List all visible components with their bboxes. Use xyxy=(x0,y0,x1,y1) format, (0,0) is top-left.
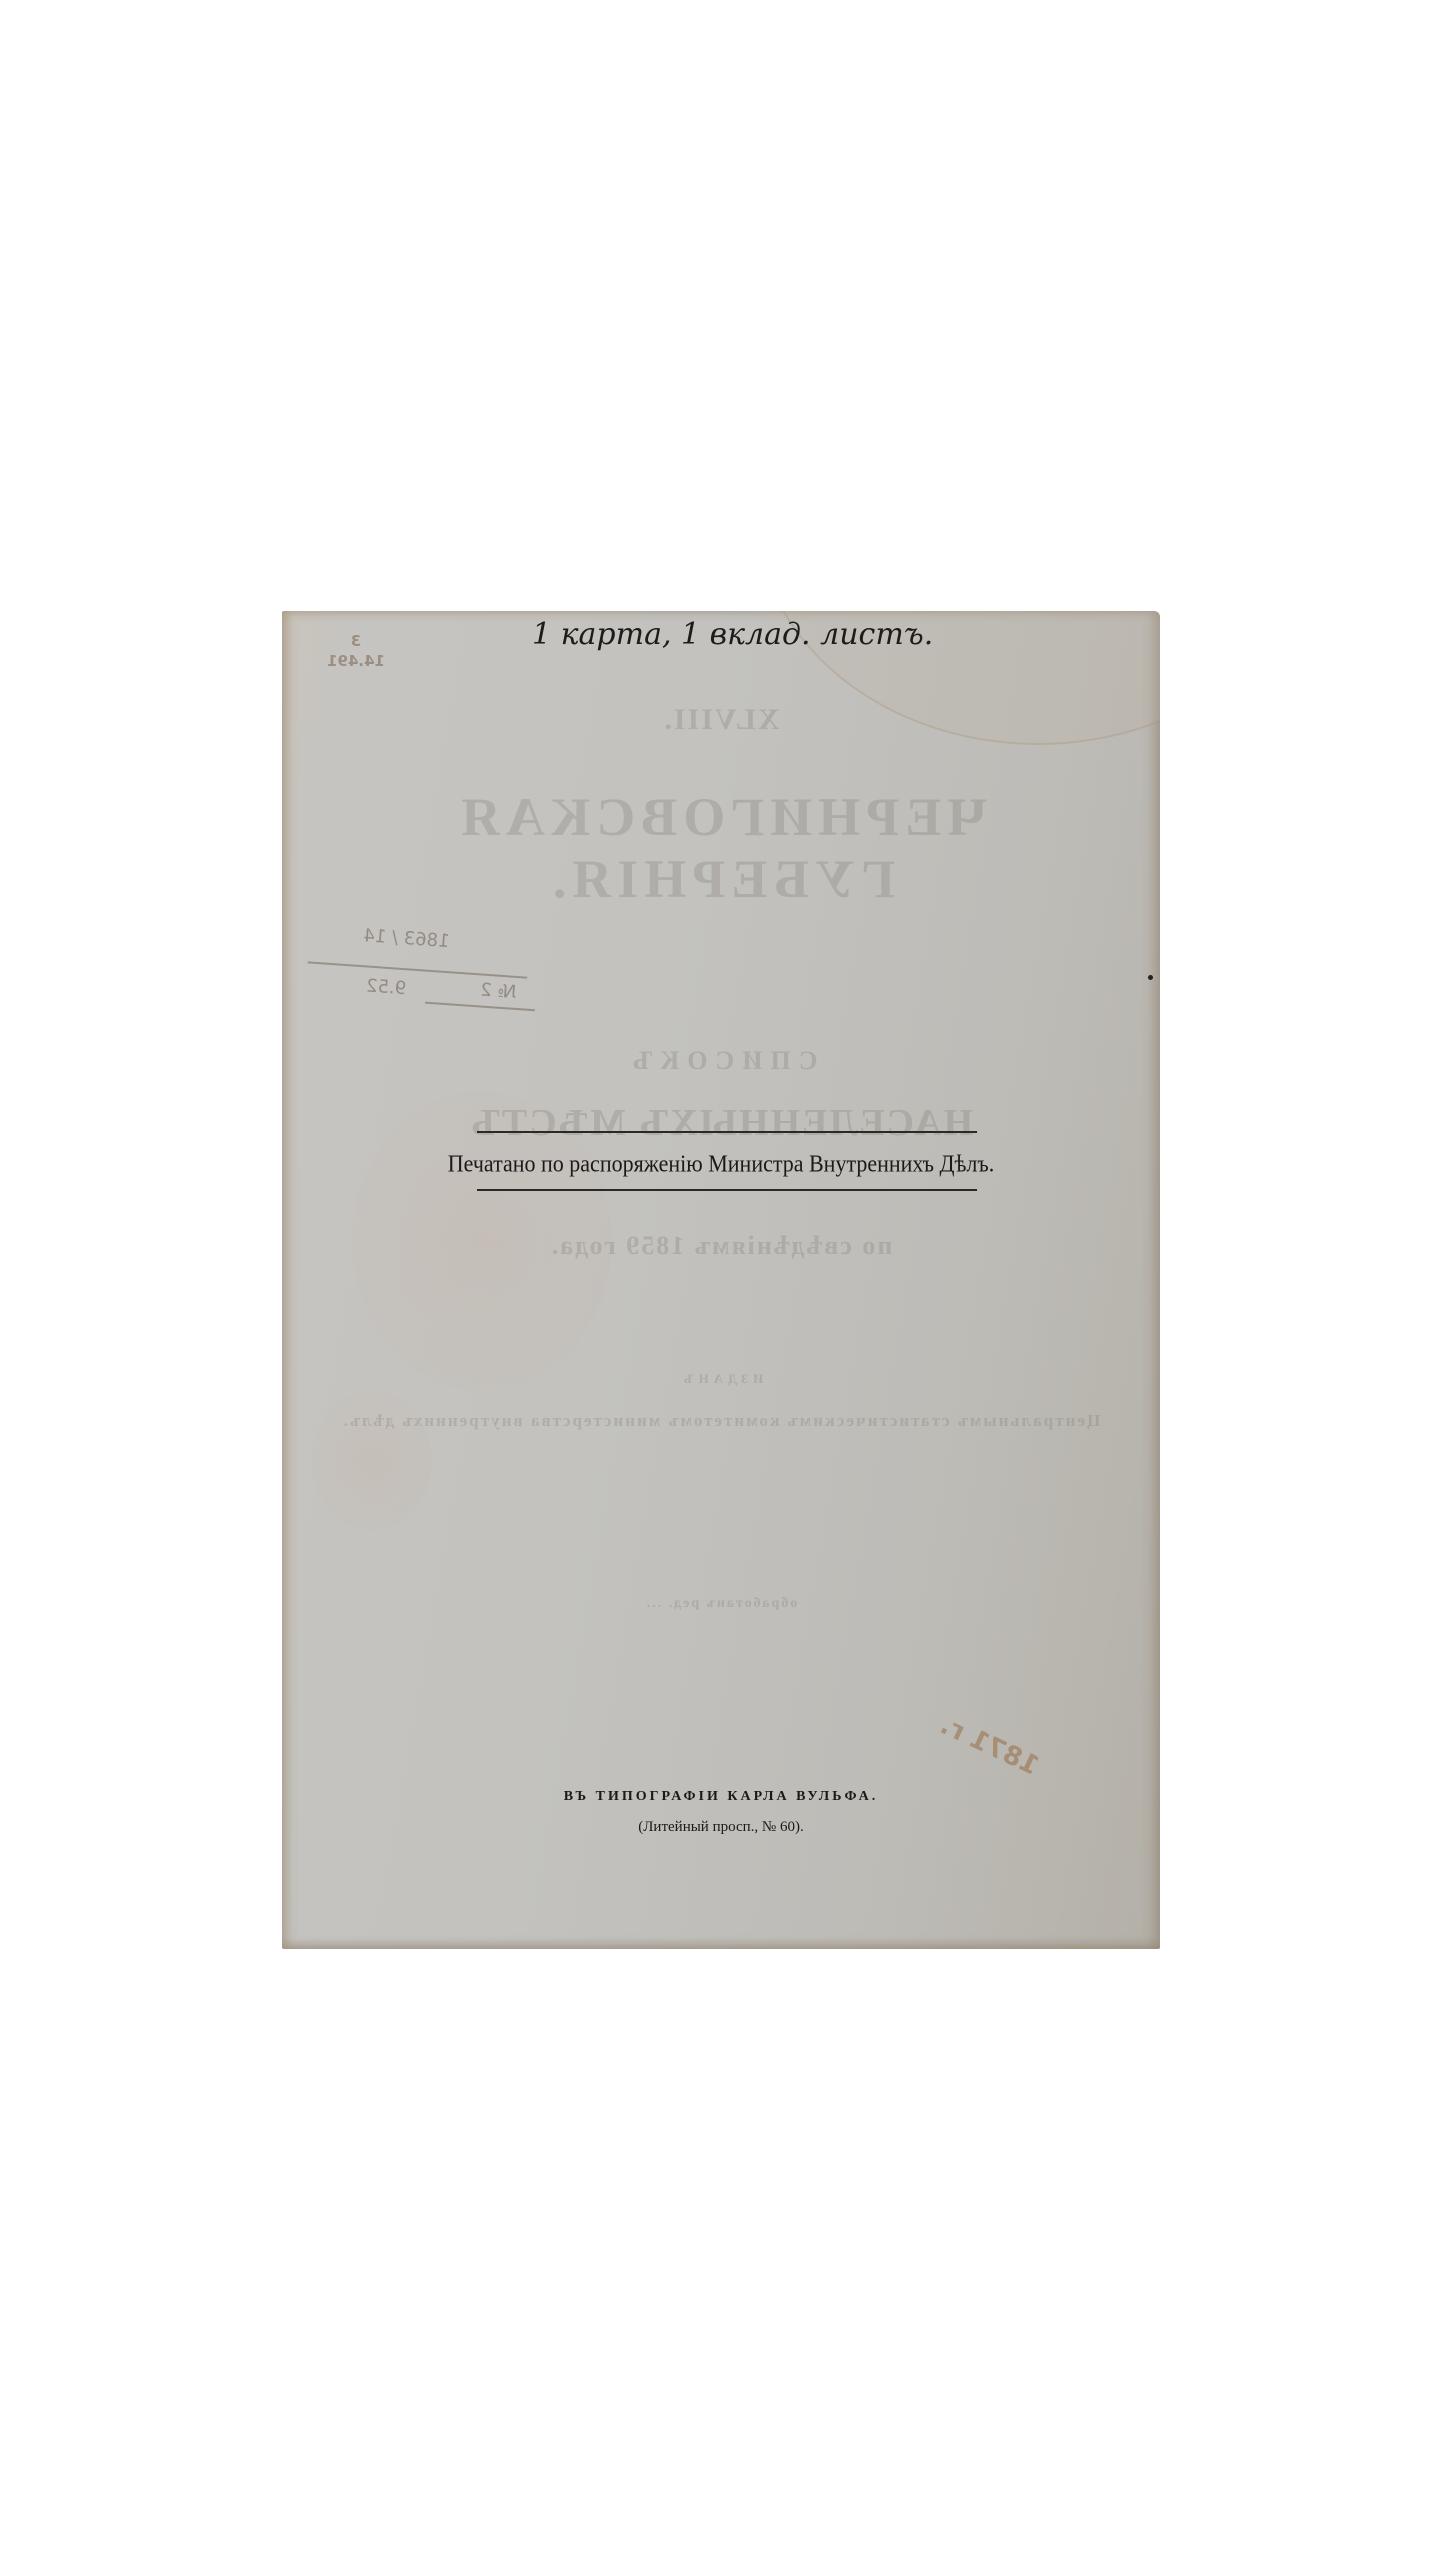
imprint-address: (Литейный просп., № 60). xyxy=(282,1819,1160,1836)
stamp-bleed-right: 1871 г. xyxy=(936,1710,1044,1782)
speck xyxy=(1148,975,1153,980)
ghost-subtitle2: НАСЕЛЕННЫХЪ МѢСТЪ xyxy=(282,1101,1160,1145)
ghost-publisher-label: ИЗДАНЪ xyxy=(282,1371,1160,1387)
bottom-rule xyxy=(477,1189,977,1191)
handwritten-note: 1 карта, 1 вклад. листъ. xyxy=(532,617,933,652)
library-stamp-bleed: 1863 / 14 № 2 9.52 xyxy=(293,913,540,1039)
ghost-subtitle1: СПИСОКЪ xyxy=(282,1046,1160,1076)
ghost-title: ЧЕРНИГОВСКАЯ ГУБЕРНІЯ. xyxy=(282,786,1160,910)
document-page: 3 14.491 1 карта, 1 вклад. листъ. XLVIII… xyxy=(282,611,1160,1949)
ghost-volume: XLVIII. xyxy=(282,703,1160,737)
ghost-subtitle3: по свѣдѣніямъ 1859 года. xyxy=(282,1231,1160,1261)
ghost-publisher: Центральнымъ статистическимъ комитетомъ … xyxy=(282,1411,1160,1431)
top-rule xyxy=(477,1131,977,1133)
imprint-printer: ВЪ ТИПОГРАФІИ КАРЛА ВУЛЬФА. xyxy=(282,1789,1160,1805)
shelfmark-bleed: 3 14.491 xyxy=(327,631,385,671)
ghost-editor: обработанъ ред. ... xyxy=(282,1596,1160,1612)
printing-authorization: Печатано по распоряженію Министра Внутре… xyxy=(282,1150,1160,1178)
